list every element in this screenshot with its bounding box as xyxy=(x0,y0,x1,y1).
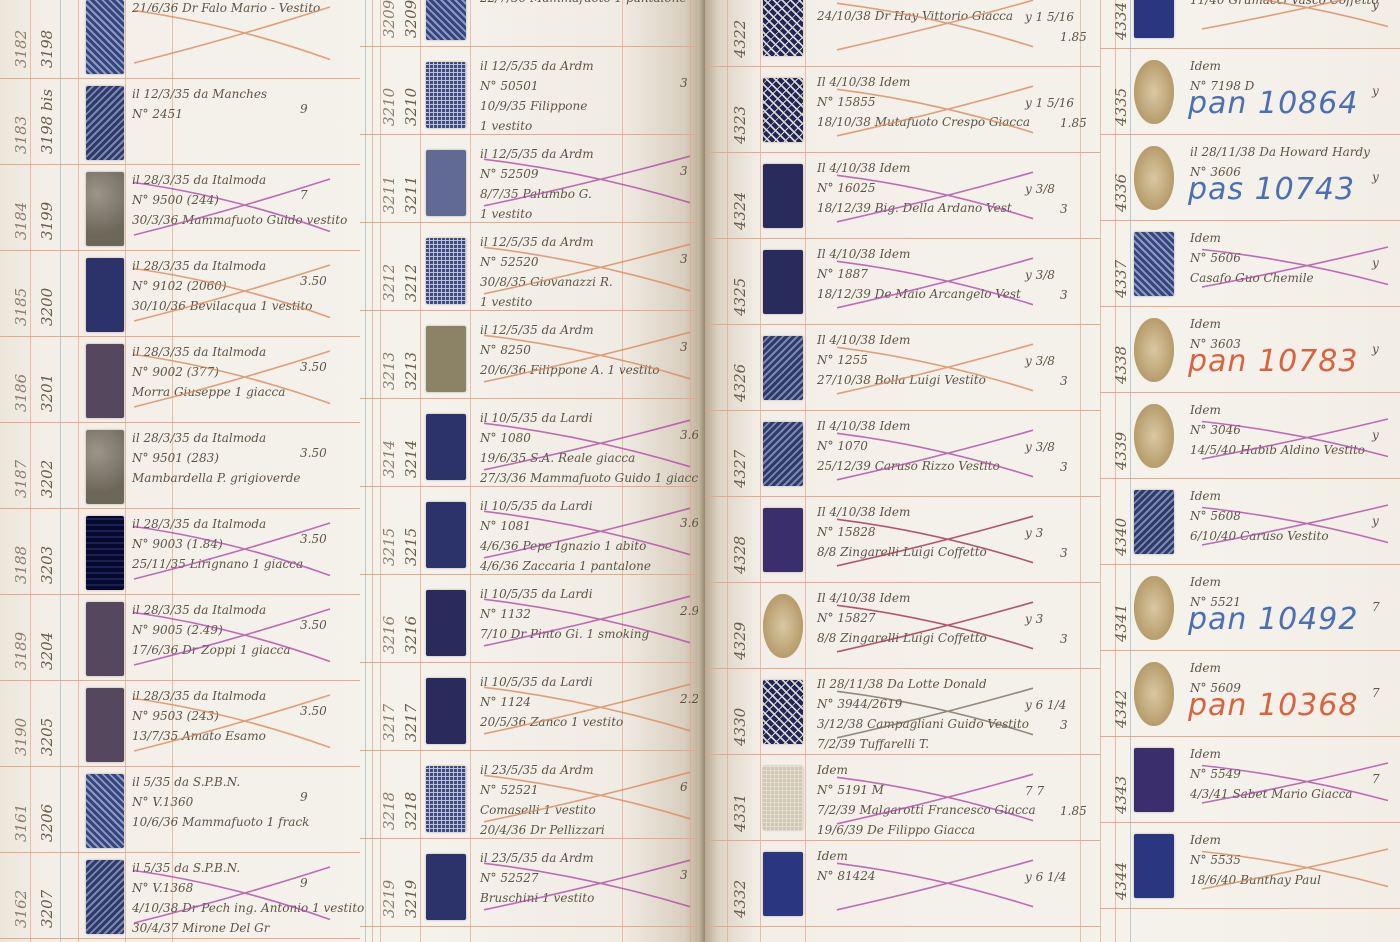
entry-number-outer: 3186 xyxy=(12,374,30,412)
entry-notes: il 10/5/35 da LardiN° 112420/5/36 Zanco … xyxy=(480,672,623,732)
entry-line: il 5/35 da S.P.B.N. xyxy=(132,858,364,878)
entry-price: 3 xyxy=(680,868,688,882)
entry-line: N° 9005 (2.49) xyxy=(132,620,291,640)
entry-notes: 6 Ag 1938 Cenzio Fazo22/7/36 Mammafuoto … xyxy=(480,0,687,8)
entry-line: Idem xyxy=(1190,314,1241,334)
fabric-swatch xyxy=(763,766,803,830)
fabric-swatch xyxy=(763,422,803,486)
entry-line: Mambardella P. grigioverde xyxy=(132,468,301,488)
entry-line: Casafo Guo Chemile xyxy=(1190,268,1314,288)
right-page: 4322N° 1580424/10/38 Dr Hay Vittorio Gia… xyxy=(705,0,1400,942)
entry-line: Il 4/10/38 Idem xyxy=(817,416,1000,436)
entry-price: 3 xyxy=(1060,202,1068,216)
entry-quantity: y 3/8 xyxy=(1025,268,1055,282)
fabric-swatch xyxy=(86,430,124,504)
entry-number: 4338 xyxy=(1112,346,1130,384)
entry-line: Morra Giuseppe 1 giacca xyxy=(132,382,285,402)
ledger-entry: 4332IdemN° 81424y 6 1/4 xyxy=(705,840,1100,927)
entry-line: Idem xyxy=(1190,486,1329,506)
entry-number: 3214 xyxy=(402,440,420,478)
entry-line: il 12/5/35 da Ardm xyxy=(480,320,660,340)
entry-number-outer: 3185 xyxy=(12,288,30,326)
fabric-swatch xyxy=(426,678,466,744)
entry-price: 3.50 xyxy=(300,446,327,460)
entry-number: 3200 xyxy=(38,288,56,326)
fabric-swatch xyxy=(86,516,124,590)
ledger-entry: 4325Il 4/10/38 IdemN° 188718/12/39 De Ma… xyxy=(705,238,1100,325)
ledger-entry: 32123212il 12/5/35 da ArdmN° 5252030/8/3… xyxy=(360,224,700,311)
entry-line: 20/6/36 Filippone A. 1 vestito xyxy=(480,360,660,380)
ledger-entry: 31883203il 28/3/35 da ItalmodaN° 9003 (1… xyxy=(0,508,360,595)
left-page: 3182319821/6/36 Dr Falo Mario - Vestito3… xyxy=(0,0,705,942)
ledger-entry: 3182319821/6/36 Dr Falo Mario - Vestito xyxy=(0,0,360,79)
entry-number: 4332 xyxy=(731,880,749,918)
entry-price: 3 xyxy=(1060,460,1068,474)
entry-line: 30/8/35 Giovanazzi R. xyxy=(480,272,613,292)
entry-line: 27/10/38 Bolla Luigi Vestito xyxy=(817,370,986,390)
fabric-swatch xyxy=(86,774,124,848)
ledger-book: 3182319821/6/36 Dr Falo Mario - Vestito3… xyxy=(0,0,1400,942)
fabric-swatch xyxy=(1134,490,1174,554)
pencil-annotation: pan 10368 xyxy=(1188,688,1358,723)
ledger-entry: 4343IdemN° 55494/3/41 Sabet Mario Giacca… xyxy=(1100,736,1400,823)
entry-quantity: 7 xyxy=(1372,600,1380,614)
entry-quantity: 7 xyxy=(1372,772,1380,786)
entry-line: N° 3046 xyxy=(1190,420,1365,440)
entry-number-outer: 3189 xyxy=(12,632,30,670)
fabric-swatch xyxy=(763,594,803,658)
fabric-swatch xyxy=(763,78,803,142)
ledger-entry: 31893204il 28/3/35 da ItalmodaN° 9005 (2… xyxy=(0,594,360,681)
entry-number: 3206 xyxy=(38,804,56,842)
ledger-entry: 4336il 28/11/38 Da Howard HardyN° 3606pa… xyxy=(1100,134,1400,221)
ledger-entry: 32163216il 10/5/35 da LardiN° 11327/10 D… xyxy=(360,576,700,663)
ledger-entry: 32113211il 12/5/35 da ArdmN° 525098/7/35… xyxy=(360,136,700,223)
entry-line: Il 4/10/38 Idem xyxy=(817,330,986,350)
fabric-swatch xyxy=(763,508,803,572)
entry-line: 18/12/39 Big. Della Ardano Vest xyxy=(817,198,1012,218)
pencil-annotation: pan 10492 xyxy=(1188,602,1358,637)
fabric-swatch xyxy=(86,602,124,676)
entry-quantity: y xyxy=(1372,84,1379,98)
entry-number: 3203 xyxy=(38,546,56,584)
entry-line: N° 9503 (243) xyxy=(132,706,266,726)
fabric-swatch xyxy=(86,344,124,418)
ledger-entry: 31843199il 28/3/35 da ItalmodaN° 9500 (2… xyxy=(0,164,360,251)
entry-line: N° 52521 xyxy=(480,780,605,800)
entry-quantity: y 6 1/4 xyxy=(1025,698,1066,712)
fabric-swatch xyxy=(86,86,124,160)
entry-notes: Il 4/10/38 IdemN° 107025/12/39 Caruso Ri… xyxy=(817,416,1000,476)
entry-quantity: y 3/8 xyxy=(1025,440,1055,454)
fabric-swatch xyxy=(763,164,803,228)
entry-line: il 23/5/35 da Ardm xyxy=(480,760,605,780)
entry-line: 18/10/38 Mutafuoto Crespo Giacca xyxy=(817,112,1030,132)
entry-notes: il 23/5/35 da ArdmN° 52527Bruschini 1 ve… xyxy=(480,848,594,908)
ledger-entry: 4327Il 4/10/38 IdemN° 107025/12/39 Carus… xyxy=(705,410,1100,497)
entry-line: N° 1255 xyxy=(817,350,986,370)
fabric-swatch xyxy=(426,854,466,920)
entry-number: 4329 xyxy=(731,622,749,660)
ledger-entry: 31623207il 5/35 da S.P.B.N.N° V.13684/10… xyxy=(0,852,360,939)
fabric-swatch xyxy=(1134,60,1174,124)
entry-line: N° 1070 xyxy=(817,436,1000,456)
ledger-entry: 4322N° 1580424/10/38 Dr Hay Vittorio Gia… xyxy=(705,0,1100,67)
ledger-entry: 31863201il 28/3/35 da ItalmodaN° 9002 (3… xyxy=(0,336,360,423)
ledger-entry: 4338IdemN° 3603pan 10783y xyxy=(1100,306,1400,393)
entry-quantity: y xyxy=(1372,256,1379,270)
entry-line: Il 4/10/38 Idem xyxy=(817,244,1021,264)
entry-number-outer: 3213 xyxy=(380,352,398,390)
fabric-swatch xyxy=(1134,834,1174,898)
fabric-swatch xyxy=(86,860,124,934)
fabric-swatch xyxy=(426,150,466,216)
entry-quantity: y 3/8 xyxy=(1025,182,1055,196)
entry-line: Idem xyxy=(1190,400,1365,420)
entry-number: 4336 xyxy=(1112,174,1130,212)
pencil-annotation: pas 10743 xyxy=(1188,172,1355,207)
entry-number-outer: 3216 xyxy=(380,616,398,654)
entry-line: 24/10/38 Dr Hay Vittorio Giacca xyxy=(817,6,1013,26)
entry-number-outer: 3211 xyxy=(380,176,398,214)
ledger-entry: 32103210il 12/5/35 da ArdmN° 5050110/9/3… xyxy=(360,48,700,135)
ledger-entry: 4329Il 4/10/38 IdemN° 158278/8 Zingarell… xyxy=(705,582,1100,669)
entry-number: 3204 xyxy=(38,632,56,670)
entry-quantity: y 1 5/16 xyxy=(1025,10,1074,24)
entry-line: N° 2451 xyxy=(132,104,267,124)
entry-line: il 10/5/35 da Lardi xyxy=(480,584,649,604)
entry-line: N° 9002 (377) xyxy=(132,362,285,382)
entry-line: Idem xyxy=(817,760,1036,780)
entry-line: 18/12/39 De Maio Arcangelo Vest xyxy=(817,284,1021,304)
entry-number-outer: 3217 xyxy=(380,704,398,742)
entry-price: 3.50 xyxy=(300,274,327,288)
ledger-entry: 31903205il 28/3/35 da ItalmodaN° 9503 (2… xyxy=(0,680,360,767)
entry-line: 1 vestito xyxy=(480,292,613,312)
entry-number: 4339 xyxy=(1112,432,1130,470)
entry-notes: Il 4/10/38 IdemN° 1585518/10/38 Mutafuot… xyxy=(817,72,1030,132)
entry-line: N° 15828 xyxy=(817,522,987,542)
entry-number: 4340 xyxy=(1112,518,1130,556)
entry-line: N° V.1360 xyxy=(132,792,309,812)
entry-number: 4325 xyxy=(731,278,749,316)
ledger-entry: 4344IdemN° 553518/6/40 Bunthay Paul xyxy=(1100,822,1400,909)
fabric-swatch xyxy=(86,0,124,74)
entry-line: Idem xyxy=(1190,744,1352,764)
entry-line: 25/12/39 Caruso Rizzo Vestito xyxy=(817,456,1000,476)
entry-price: 3 xyxy=(680,164,688,178)
entry-price: 1.85 xyxy=(1060,30,1087,44)
fabric-swatch xyxy=(763,0,803,56)
ledger-entry: 4340IdemN° 56086/10/40 Caruso Vestitoy xyxy=(1100,478,1400,565)
entry-line: 30/4/37 Mirone Del Gr xyxy=(132,918,364,938)
ledger-entry: 4324Il 4/10/38 IdemN° 1602518/12/39 Big.… xyxy=(705,152,1100,239)
entry-number: 4341 xyxy=(1112,604,1130,642)
entry-price: 3 xyxy=(1060,632,1068,646)
entry-line: il 28/3/35 da Italmoda xyxy=(132,170,347,190)
entry-notes: il 12/5/35 da ArdmN° 5252030/8/35 Giovan… xyxy=(480,232,613,312)
entry-line: N° 1080 xyxy=(480,428,705,448)
entry-line: il 28/3/35 da Italmoda xyxy=(132,600,291,620)
entry-quantity: y 3 xyxy=(1025,612,1043,626)
entry-number-outer: 3187 xyxy=(12,460,30,498)
entry-number-outer: 3219 xyxy=(380,880,398,918)
entry-line: 20/5/36 Zanco 1 vestito xyxy=(480,712,623,732)
entry-line: Bruschini 1 vestito xyxy=(480,888,594,908)
entry-line: N° 1124 xyxy=(480,692,623,712)
entry-line: 17/6/36 Dr Zoppi 1 giacca xyxy=(132,640,291,660)
entry-number: 3213 xyxy=(402,352,420,390)
entry-number: 4323 xyxy=(731,106,749,144)
fabric-swatch xyxy=(426,0,466,40)
entry-notes: IdemN° 304614/5/40 Habib Aldino Vestito xyxy=(1190,400,1365,460)
entry-line: Idem xyxy=(1190,56,1254,76)
entry-price: 9 xyxy=(300,790,308,804)
entry-line: N° 52509 xyxy=(480,164,594,184)
entry-line: 7/2/39 Tuffarelli T. xyxy=(817,734,1029,754)
fabric-swatch xyxy=(426,766,466,832)
entry-line: il 28/3/35 da Italmoda xyxy=(132,514,303,534)
entry-notes: il 28/3/35 da ItalmodaN° 9002 (377)Morra… xyxy=(132,342,285,402)
entry-number: 3202 xyxy=(38,460,56,498)
ledger-entry: 4334N° 7200 D11/40 Grumacci Vasco Coffet… xyxy=(1100,0,1400,49)
entry-price: 9 xyxy=(300,876,308,890)
entry-line: N° 1887 xyxy=(817,264,1021,284)
pencil-annotation: pan 10864 xyxy=(1188,86,1358,121)
fabric-swatch xyxy=(1134,318,1174,382)
entry-notes: il 28/3/35 da ItalmodaN° 9501 (283)Mamba… xyxy=(132,428,301,488)
entry-line: N° 50501 xyxy=(480,76,594,96)
entry-line: Il 28/11/38 Da Lotte Donald xyxy=(817,674,1029,694)
ledger-entry: 32173217il 10/5/35 da LardiN° 112420/5/3… xyxy=(360,664,700,751)
entry-line: 19/6/35 S.A. Reale giacca xyxy=(480,448,705,468)
entry-line: N° 5549 xyxy=(1190,764,1352,784)
entry-line: il 28/11/38 Da Howard Hardy xyxy=(1190,142,1370,162)
entry-line: N° 9501 (283) xyxy=(132,448,301,468)
entry-line: il 28/3/35 da Italmoda xyxy=(132,428,301,448)
entry-line: 8/7/35 Palumbo G. xyxy=(480,184,594,204)
entry-line: N° 5608 xyxy=(1190,506,1329,526)
entry-line: 11/40 Grumacci Vasco Coffetto xyxy=(1190,0,1379,10)
fabric-swatch xyxy=(763,336,803,400)
fabric-swatch xyxy=(1134,576,1174,640)
entry-line: 14/5/40 Habib Aldino Vestito xyxy=(1190,440,1365,460)
entry-line: 7/2/39 Malgarotti Francesco Giacca xyxy=(817,800,1036,820)
entry-line: il 12/5/35 da Ardm xyxy=(480,56,594,76)
entry-line: 3/12/38 Campagliani Guido Vestito xyxy=(817,714,1029,734)
ledger-entry: 4339IdemN° 304614/5/40 Habib Aldino Vest… xyxy=(1100,392,1400,479)
entry-price: 3.50 xyxy=(300,532,327,546)
entry-number: 3198 bis xyxy=(38,89,56,154)
fabric-swatch xyxy=(426,238,466,304)
entry-number: 4337 xyxy=(1112,260,1130,298)
entry-number-outer: 3188 xyxy=(12,546,30,584)
entry-price: 3 xyxy=(1060,374,1068,388)
entry-notes: Il 28/11/38 Da Lotte DonaldN° 3944/26193… xyxy=(817,674,1029,754)
entry-line: Idem xyxy=(1190,228,1314,248)
entry-line: 18/6/40 Bunthay Paul xyxy=(1190,870,1321,890)
entry-line: il 10/5/35 da Lardi xyxy=(480,408,705,428)
entry-line: 7/10 Dr Pinto Gi. 1 smoking xyxy=(480,624,649,644)
entry-notes: Il 4/10/38 IdemN° 158288/8 Zingarelli Lu… xyxy=(817,502,987,562)
entry-line: 8/8 Zingarelli Luigi Coffetto xyxy=(817,542,987,562)
entry-number: 4326 xyxy=(731,364,749,402)
entry-line: 27/3/36 Mammafuoto Guido 1 giacca xyxy=(480,468,705,488)
entry-price: 3 xyxy=(1060,288,1068,302)
entry-line: il 28/3/35 da Italmoda xyxy=(132,342,285,362)
entry-number: 3209 xyxy=(402,0,420,38)
ledger-entry: 4323Il 4/10/38 IdemN° 1585518/10/38 Muta… xyxy=(705,66,1100,153)
entry-notes: N° 7200 D11/40 Grumacci Vasco Coffetto xyxy=(1190,0,1379,10)
fabric-swatch xyxy=(86,688,124,762)
pencil-annotation: pan 10783 xyxy=(1188,344,1358,379)
ledger-entry: 31833198 bisil 12/3/35 da ManchesN° 2451… xyxy=(0,78,360,165)
entry-notes: Il 4/10/38 IdemN° 188718/12/39 De Maio A… xyxy=(817,244,1021,304)
entry-number-outer: 3209 xyxy=(380,0,398,38)
entry-number: 3211 xyxy=(402,176,420,214)
fabric-swatch xyxy=(1134,0,1174,38)
ledger-entry: 32143214il 10/5/35 da LardiN° 108019/6/3… xyxy=(360,400,700,487)
entry-line: N° 9102 (2060) xyxy=(132,276,313,296)
entry-number: 4328 xyxy=(731,536,749,574)
entry-notes: IdemN° 56086/10/40 Caruso Vestito xyxy=(1190,486,1329,546)
entry-line: il 28/3/35 da Italmoda xyxy=(132,686,266,706)
entry-number-outer: 3182 xyxy=(12,30,30,68)
entry-price: 5 xyxy=(680,0,688,2)
entry-line: N° 15827 xyxy=(817,608,987,628)
entry-notes: IdemN° 81424 xyxy=(817,846,876,886)
entry-line: Comaselli 1 vestito xyxy=(480,800,605,820)
entry-notes: il 12/3/35 da ManchesN° 2451 xyxy=(132,84,267,124)
entry-number: 3198 xyxy=(38,30,56,68)
fabric-swatch xyxy=(1134,748,1174,812)
entry-line: Il 4/10/38 Idem xyxy=(817,588,987,608)
entry-notes: il 12/5/35 da ArdmN° 825020/6/36 Filippo… xyxy=(480,320,660,380)
entry-number: 4334 xyxy=(1112,2,1130,40)
entry-line: N° 81424 xyxy=(817,866,876,886)
entry-number: 3201 xyxy=(38,374,56,412)
entry-notes: il 5/35 da S.P.B.N.N° V.13684/10/38 Dr P… xyxy=(132,858,364,938)
entry-line: 30/3/36 Mammafuoto Guido vestito xyxy=(132,210,347,230)
entry-line: il 12/3/35 da Manches xyxy=(132,84,267,104)
entry-line: Il 4/10/38 Idem xyxy=(817,158,1012,178)
entry-notes: il 12/5/35 da ArdmN° 525098/7/35 Palumbo… xyxy=(480,144,594,224)
entry-line: 4/6/36 Pepe Ignazio 1 abito xyxy=(480,536,651,556)
entry-number-outer: 3218 xyxy=(380,792,398,830)
entry-line: N° 52520 xyxy=(480,252,613,272)
ledger-entry: 4331IdemN° 5191 M7/2/39 Malgarotti Franc… xyxy=(705,754,1100,841)
entry-number: 4343 xyxy=(1112,776,1130,814)
entry-line: Idem xyxy=(1190,830,1321,850)
entry-notes: Il 4/10/38 IdemN° 125527/10/38 Bolla Lui… xyxy=(817,330,986,390)
entry-line: N° 1132 xyxy=(480,604,649,624)
entry-line: 8/8 Zingarelli Luigi Coffetto xyxy=(817,628,987,648)
entry-price: 9 xyxy=(300,102,308,116)
entry-number-outer: 3212 xyxy=(380,264,398,302)
fabric-swatch xyxy=(426,62,466,128)
fabric-swatch xyxy=(426,326,466,392)
fabric-swatch xyxy=(1134,232,1174,296)
ledger-entry: 4342IdemN° 5609pan 103687 xyxy=(1100,650,1400,737)
entry-notes: il 28/3/35 da ItalmodaN° 9003 (1.84)25/1… xyxy=(132,514,303,574)
entry-number: 4327 xyxy=(731,450,749,488)
entry-line: N° 9003 (1.84) xyxy=(132,534,303,554)
entry-number: 4342 xyxy=(1112,690,1130,728)
entry-notes: il 10/5/35 da LardiN° 10814/6/36 Pepe Ig… xyxy=(480,496,651,576)
entry-notes: il 23/5/35 da ArdmN° 52521Comaselli 1 ve… xyxy=(480,760,605,840)
entry-notes: IdemN° 5606Casafo Guo Chemile xyxy=(1190,228,1314,288)
ledger-entry: 32153215il 10/5/35 da LardiN° 10814/6/36… xyxy=(360,488,700,575)
entry-notes: il 10/5/35 da LardiN° 108019/6/35 S.A. R… xyxy=(480,408,705,488)
entry-line: il 5/35 da S.P.B.N. xyxy=(132,772,309,792)
ledger-entry: 32193219il 23/5/35 da ArdmN° 52527Brusch… xyxy=(360,840,700,927)
ledger-entry: 31613206il 5/35 da S.P.B.N.N° V.136010/6… xyxy=(0,766,360,853)
entry-notes: Il 4/10/38 IdemN° 158278/8 Zingarelli Lu… xyxy=(817,588,987,648)
entry-price: 3.50 xyxy=(300,618,327,632)
entry-notes: 21/6/36 Dr Falo Mario - Vestito xyxy=(132,0,320,18)
entry-notes: il 28/3/35 da ItalmodaN° 9102 (2060)30/1… xyxy=(132,256,313,316)
entry-line: 21/6/36 Dr Falo Mario - Vestito xyxy=(132,0,320,18)
fabric-swatch xyxy=(426,502,466,568)
entry-line: 10/6/36 Mammafuoto 1 frack xyxy=(132,812,309,832)
ledger-entry: 32183218il 23/5/35 da ArdmN° 52521Comase… xyxy=(360,752,700,839)
entry-number: 3215 xyxy=(402,528,420,566)
entry-notes: IdemN° 55494/3/41 Sabet Mario Giacca xyxy=(1190,744,1352,804)
entry-line: 20/4/36 Dr Pellizzari xyxy=(480,820,605,840)
entry-line: 6/10/40 Caruso Vestito xyxy=(1190,526,1329,546)
entry-number: 3218 xyxy=(402,792,420,830)
entry-quantity: 7 7 xyxy=(1025,784,1044,798)
entry-notes: il 28/3/35 da ItalmodaN° 9503 (243)13/7/… xyxy=(132,686,266,746)
ledger-entry: 4328Il 4/10/38 IdemN° 158288/8 Zingarell… xyxy=(705,496,1100,583)
entry-price: 3 xyxy=(680,252,688,266)
entry-number-outer: 3161 xyxy=(12,804,30,842)
entry-price: 3 xyxy=(680,76,688,90)
entry-price: 3 xyxy=(1060,546,1068,560)
entry-notes: il 12/5/35 da ArdmN° 5050110/9/35 Filipp… xyxy=(480,56,594,136)
entry-line: N° 5191 M xyxy=(817,780,1036,800)
entry-line: N° 5606 xyxy=(1190,248,1314,268)
entry-line: 4/10/38 Dr Pech ing. Antonio 1 vestito xyxy=(132,898,364,918)
entry-line: N° 5535 xyxy=(1190,850,1321,870)
entry-notes: il 28/3/35 da ItalmodaN° 9005 (2.49)17/6… xyxy=(132,600,291,660)
entry-line: 10/9/35 Filippone xyxy=(480,96,594,116)
entry-line: Il 4/10/38 Idem xyxy=(817,502,987,522)
entry-line: N° V.1368 xyxy=(132,878,364,898)
fabric-swatch xyxy=(1134,662,1174,726)
entry-quantity: y xyxy=(1372,0,1379,12)
entry-number: 3207 xyxy=(38,890,56,928)
entry-line: il 10/5/35 da Lardi xyxy=(480,672,623,692)
entry-line: 30/10/36 Bevilacqua 1 vestito xyxy=(132,296,313,316)
entry-line: N° 52527 xyxy=(480,868,594,888)
ledger-entry: 4326Il 4/10/38 IdemN° 125527/10/38 Bolla… xyxy=(705,324,1100,411)
entry-number: 3212 xyxy=(402,264,420,302)
entry-price: 1.85 xyxy=(1060,116,1087,130)
entry-line: 19/6/39 De Filippo Giacca xyxy=(817,820,1036,840)
entry-number-outer: 3214 xyxy=(380,440,398,478)
entry-line: il 12/5/35 da Ardm xyxy=(480,144,594,164)
entry-line: 13/7/35 Amato Esamo xyxy=(132,726,266,746)
ledger-entry: 31873202il 28/3/35 da ItalmodaN° 9501 (2… xyxy=(0,422,360,509)
entry-line: Idem xyxy=(817,846,876,866)
entry-notes: il 5/35 da S.P.B.N.N° V.136010/6/36 Mamm… xyxy=(132,772,309,832)
entry-quantity: y xyxy=(1372,428,1379,442)
entry-number: 3219 xyxy=(402,880,420,918)
entry-line: Idem xyxy=(1190,658,1241,678)
entry-number: 3217 xyxy=(402,704,420,742)
entry-line: 25/11/35 Lirignano 1 giacca xyxy=(132,554,303,574)
